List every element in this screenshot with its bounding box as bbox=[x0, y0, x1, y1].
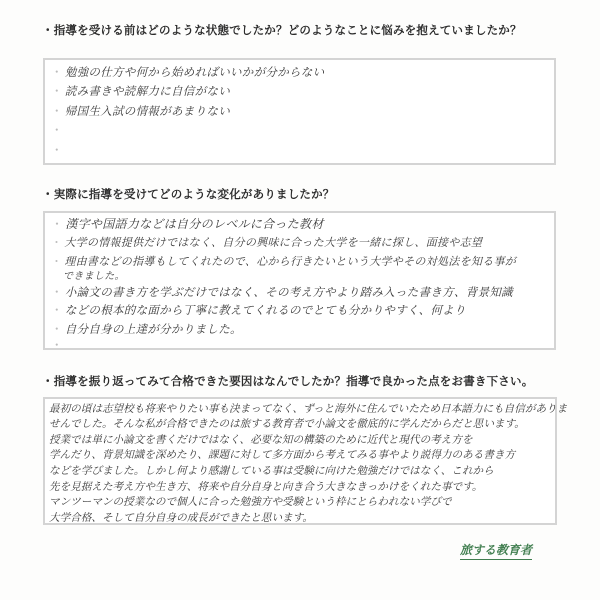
signature-logo: 旅する教育者 bbox=[460, 541, 532, 560]
answer-box-2: ・漢字や国語力などは自分のレベルに合った教材 ・大学の情報提供だけではなく、自分… bbox=[43, 211, 556, 350]
question-3: ・指導を振り返ってみて合格できた要因はなんでしたか？指導で良かった点をお書き下さ… bbox=[42, 373, 533, 389]
answer-paragraph-line: 最初の頃は志望校も将来やりたい事も決まってなく、ずっと海外に住んでいたため日本語… bbox=[49, 401, 551, 416]
answer-paragraph-line: 先を見据えた考え方や生き方、将来や自分自身と向き合う大きなきっかけをくれた事です… bbox=[49, 479, 551, 494]
answer-line: ・漢字や国語力などは自分のレベルに合った教材 bbox=[51, 215, 324, 232]
answer-paragraph-line: 授業では単に小論文を書くだけではなく、必要な知の構築のために近代と現代の考え方を bbox=[49, 432, 551, 447]
answer-line: ・勉強の仕方や何から始めればいいかが分からない bbox=[51, 64, 324, 80]
answer-line: ・大学の情報提供だけではなく、自分の興味に合った大学を一緒に探し、面接や志望 bbox=[51, 234, 482, 250]
answer-line: ・帰国生入試の情報があまりない bbox=[51, 103, 230, 119]
answer-paragraph-line: 大学合格、そして自分自身の成長ができたと思います。 bbox=[49, 510, 551, 525]
answer-box-1: ・勉強の仕方や何から始めればいいかが分からない ・読み書きや読解力に自信がない … bbox=[43, 58, 556, 165]
answer-paragraph-line: などを学びました。しかし何より感謝している事は受験に向けた勉強だけではなく、これ… bbox=[49, 463, 551, 478]
answer-line: ・ bbox=[51, 122, 65, 138]
answer-line: ・ bbox=[51, 337, 65, 353]
answer-line: ・自分自身の上達が分かりました。 bbox=[51, 321, 242, 337]
answer-line: ・ bbox=[51, 142, 65, 158]
answer-line: ・読み書きや読解力に自信がない bbox=[51, 83, 230, 99]
answer-line: ・小論文の書き方を学ぶだけではなく、その考え方やより踏み入った書き方、背景知識 bbox=[51, 284, 513, 300]
answer-line: ・などの根本的な面から丁寧に教えてくれるのでとても分かりやすく、何より bbox=[51, 302, 466, 318]
answer-line: できました。 bbox=[63, 267, 125, 282]
answer-paragraph-line: せんでした。そんな私が合格できたのは旅する教育者で小論文を徹底的に学んだからだと… bbox=[49, 416, 551, 431]
answer-paragraph-line: 学んだり、背景知識を深めたり、課題に対して多方面から考えてみる事やより説得力のあ… bbox=[49, 447, 551, 462]
answer-paragraph-line: マンツーマンの授業なので個人に合った勉強方や受験という枠にとらわれない学びで bbox=[49, 494, 551, 509]
question-2: ・実際に指導を受けてどのような変化がありましたか？ bbox=[42, 186, 335, 202]
answer-box-3: 最初の頃は志望校も将来やりたい事も決まってなく、ずっと海外に住んでいたため日本語… bbox=[43, 397, 557, 525]
question-1: ・指導を受ける前はどのような状態でしたか？どのようなことに悩みを抱えていましたか… bbox=[42, 22, 522, 38]
